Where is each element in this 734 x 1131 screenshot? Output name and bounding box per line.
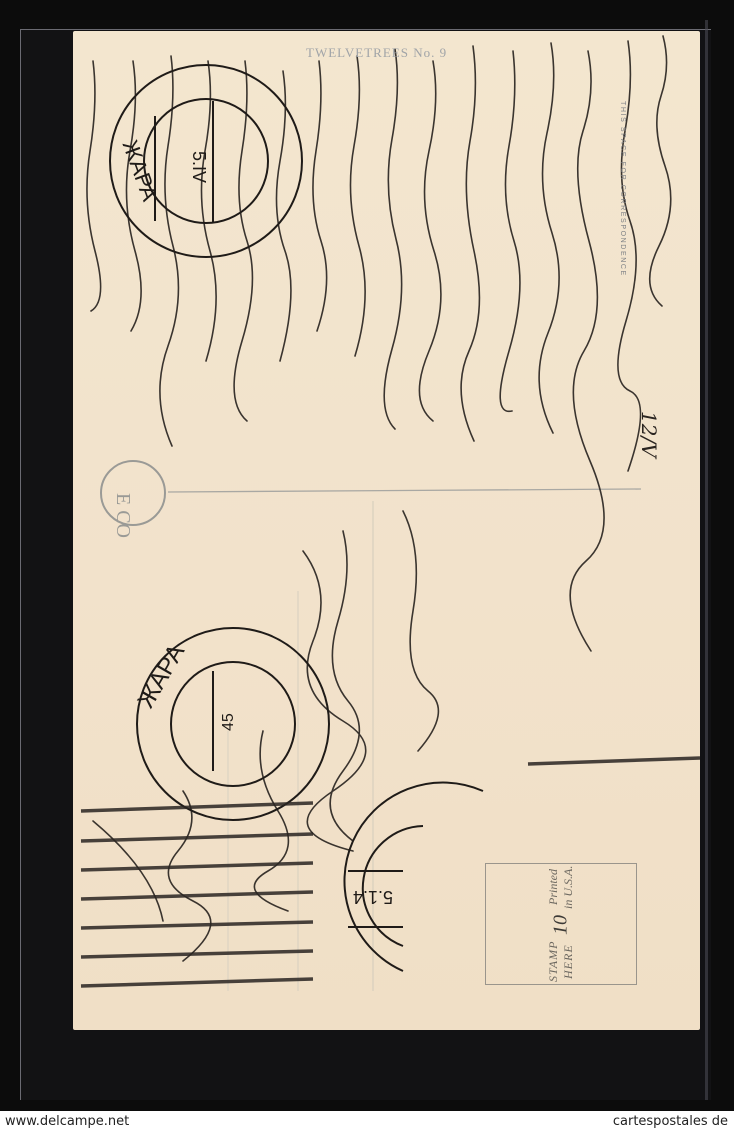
watermark-right: cartespostales de bbox=[613, 1114, 728, 1129]
publisher-logo: E CO bbox=[101, 461, 165, 538]
handwritten-date: 12/V bbox=[637, 411, 661, 458]
postmark-top-left: 5.IV ЖАРА bbox=[110, 65, 302, 257]
correspondence-label: THIS SPACE FOR CORRESPONDENCE bbox=[612, 101, 626, 421]
stamp-box-origin: Printed in U.S.A. bbox=[546, 864, 576, 911]
watermark-left: www.delcampe.net bbox=[5, 1114, 129, 1129]
watermark-bar: www.delcampe.net cartespostales de bbox=[0, 1111, 734, 1131]
svg-text:5.1.4: 5.1.4 bbox=[353, 887, 393, 907]
scan-edge bbox=[705, 20, 708, 1100]
svg-text:45: 45 bbox=[220, 713, 237, 731]
publisher-header: TWELVETREES No. 9 bbox=[306, 45, 447, 61]
stamp-box-label: STAMP HERE bbox=[546, 939, 576, 984]
svg-text:5.IV: 5.IV bbox=[189, 151, 209, 183]
postcard-back: E CO bbox=[73, 31, 700, 1030]
postmark-bottom: 5.1.4 bbox=[344, 782, 483, 971]
stamp-box-value: 10 bbox=[550, 915, 573, 935]
stamp-box: STAMP HERE 10 Printed in U.S.A. bbox=[485, 863, 637, 985]
postmark-middle: ЖАРА 45 bbox=[132, 628, 329, 820]
svg-text:ЖАРА: ЖАРА bbox=[132, 640, 190, 713]
svg-text:E CO: E CO bbox=[112, 493, 134, 538]
